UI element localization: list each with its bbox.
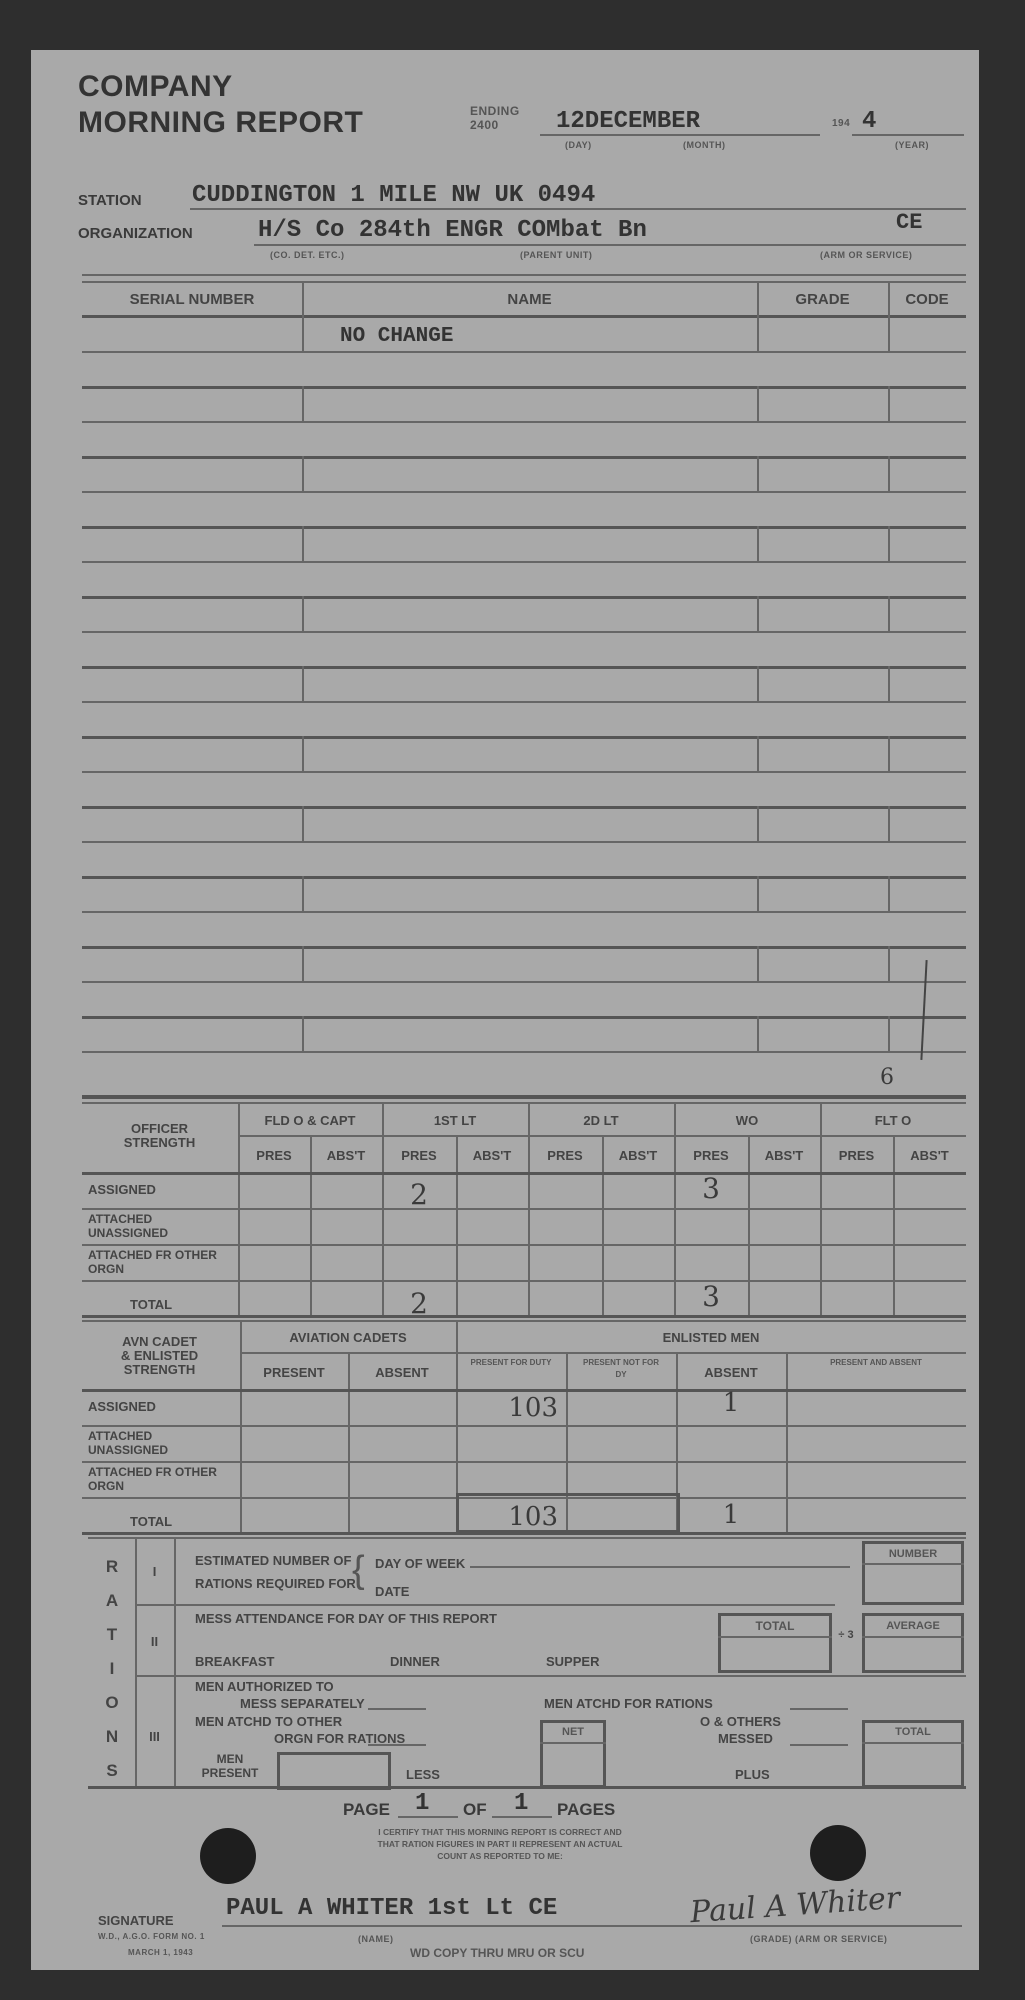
number-box-label: NUMBER — [862, 1548, 964, 1560]
section-i: I — [135, 1565, 174, 1579]
sub-present-and-absent: PRESENT AND ABSENT — [820, 1357, 932, 1369]
rations-side-label: RATIONS — [100, 1550, 124, 1788]
year-caption: (YEAR) — [895, 140, 929, 150]
form-date: MARCH 1, 1943 — [128, 1948, 193, 1957]
sub-abst: ABS'T — [310, 1148, 382, 1163]
assigned-present-for-duty[interactable]: 103 — [456, 1393, 566, 1423]
total-wo-pres[interactable]: 3 — [674, 1280, 748, 1313]
sub-pres: PRES — [238, 1148, 310, 1163]
row-total: TOTAL — [130, 1298, 172, 1312]
form-number: W.D., A.G.O. FORM NO. 1 — [98, 1932, 205, 1941]
messed-field[interactable] — [790, 1744, 848, 1746]
brace: { — [352, 1550, 365, 1590]
date-value[interactable]: 12DECEMBER — [556, 108, 700, 135]
section-iii: III — [135, 1730, 174, 1744]
organization-label: ORGANIZATION — [78, 225, 193, 242]
page-value[interactable]: 1 — [415, 1790, 429, 1817]
pages-value[interactable]: 1 — [514, 1790, 528, 1817]
sub-present-for-duty: PRESENT FOR DUTY — [470, 1357, 552, 1369]
breakfast-label: BREAKFAST — [195, 1655, 274, 1669]
station-label: STATION — [78, 192, 142, 209]
men-present-box[interactable] — [277, 1752, 391, 1790]
org-caption-parent: (PARENT UNIT) — [520, 250, 592, 260]
total-box-2-label: TOTAL — [862, 1726, 964, 1738]
group-flt-o: FLT O — [820, 1113, 966, 1128]
name-caption: (NAME) — [358, 1934, 394, 1944]
copy-note: WD COPY THRU MRU OR SCU — [410, 1946, 584, 1960]
average-box-label: AVERAGE — [862, 1620, 964, 1632]
col-grade: GRADE — [757, 291, 888, 308]
group-2d-lt: 2D LT — [528, 1113, 674, 1128]
certification-text: I CERTIFY THAT THIS MORNING REPORT IS CO… — [300, 1826, 700, 1862]
group-wo: WO — [674, 1113, 820, 1128]
total-1st-lt-pres[interactable]: 2 — [382, 1287, 456, 1320]
date-label: DATE — [375, 1585, 409, 1599]
roster-row-name[interactable]: NO CHANGE — [340, 325, 453, 348]
group-aviation-cadets: AVIATION CADETS — [240, 1330, 456, 1345]
sub-cadets-absent: ABSENT — [348, 1365, 456, 1380]
station-value[interactable]: CUDDINGTON 1 MILE NW UK 0494 — [192, 182, 595, 209]
section-ii: II — [135, 1635, 174, 1649]
row-total: TOTAL — [130, 1515, 172, 1529]
org-caption-arm: (ARM OR SERVICE) — [820, 250, 912, 260]
signature-typed[interactable]: PAUL A WHITER 1st Lt CE — [226, 1895, 557, 1922]
plus-label: PLUS — [735, 1768, 770, 1782]
total-box-label: TOTAL — [718, 1620, 832, 1632]
form-title-morning-report: MORNING REPORT — [78, 106, 363, 140]
net-box-label: NET — [540, 1726, 606, 1738]
men-atchd-rations-field[interactable] — [790, 1708, 848, 1710]
sub-abst: ABS'T — [748, 1148, 820, 1163]
sub-enlisted-absent: ABSENT — [676, 1365, 786, 1380]
dinner-label: DINNER — [390, 1655, 440, 1669]
row-attached-fr-other: ATTACHED FR OTHER ORGN — [88, 1248, 218, 1276]
row-attached-unassigned: ATTACHED UNASSIGNED — [88, 1429, 218, 1457]
day-of-week-label: DAY OF WEEK — [375, 1557, 465, 1571]
page-label: PAGE — [343, 1800, 390, 1820]
month-caption: (MONTH) — [683, 140, 726, 150]
assigned-wo-pres[interactable]: 3 — [674, 1172, 748, 1205]
col-serial-number: SERIAL NUMBER — [82, 291, 302, 308]
organization-value[interactable]: H/S Co 284th ENGR COMbat Bn — [258, 217, 647, 244]
assigned-1st-lt-pres[interactable]: 2 — [382, 1178, 456, 1211]
sub-cadets-present: PRESENT — [240, 1365, 348, 1380]
year-value[interactable]: 4 — [862, 108, 876, 135]
year-prefix: 194 — [832, 118, 850, 129]
men-atchd-rations-label: MEN ATCHD FOR RATIONS — [544, 1697, 713, 1711]
col-code: CODE — [888, 291, 966, 308]
org-caption-co: (CO. DET. ETC.) — [270, 250, 345, 260]
ending-label: ENDING — [470, 104, 520, 118]
form-title-company: COMPANY — [78, 70, 233, 104]
group-fld-o-capt: FLD O & CAPT — [238, 1113, 382, 1128]
mess-attendance-label: MESS ATTENDANCE FOR DAY OF THIS REPORT — [195, 1612, 497, 1626]
assigned-enlisted-absent[interactable]: 1 — [676, 1388, 786, 1418]
enlisted-strength-title: AVN CADET& ENLISTEDSTRENGTH — [82, 1335, 237, 1377]
sub-pres: PRES — [382, 1148, 456, 1163]
day-of-week-field[interactable] — [470, 1566, 850, 1568]
mess-separately-label: MESS SEPARATELY — [240, 1697, 365, 1711]
row-assigned: ASSIGNED — [88, 1400, 156, 1414]
margin-note: 6 — [880, 1065, 894, 1090]
men-atchd-other-label: MEN ATCHD TO OTHER — [195, 1715, 342, 1729]
day-caption: (DAY) — [565, 140, 592, 150]
binder-hole-right — [810, 1825, 866, 1881]
men-auth-label: MEN AUTHORIZED TO — [195, 1680, 334, 1694]
less-label: LESS — [406, 1768, 440, 1782]
ending-time: 2400 — [470, 118, 499, 132]
grade-caption: (GRADE) (ARM OR SERVICE) — [750, 1934, 887, 1944]
est-line2: RATIONS REQUIRED FOR — [195, 1577, 356, 1591]
group-enlisted-men: ENLISTED MEN — [456, 1330, 966, 1345]
row-attached-fr-other: ATTACHED FR OTHER ORGN — [88, 1465, 218, 1493]
men-present-label: MENPRESENT — [190, 1752, 270, 1780]
binder-hole-left — [200, 1828, 256, 1884]
total-enlisted-absent[interactable]: 1 — [676, 1500, 786, 1530]
sub-abst: ABS'T — [893, 1148, 966, 1163]
o-others-label: O & OTHERS — [700, 1715, 781, 1729]
sub-pres: PRES — [528, 1148, 602, 1163]
arm-service-value[interactable]: CE — [896, 210, 922, 235]
group-1st-lt: 1ST LT — [382, 1113, 528, 1128]
divide-by-3: ÷ 3 — [836, 1628, 856, 1642]
messed-label: MESSED — [718, 1732, 773, 1746]
pages-label: PAGES — [557, 1800, 615, 1820]
sub-abst: ABS'T — [456, 1148, 528, 1163]
signature-label: SIGNATURE — [98, 1914, 174, 1928]
sub-pres: PRES — [820, 1148, 893, 1163]
row-attached-unassigned: ATTACHED UNASSIGNED — [88, 1212, 218, 1240]
officer-strength-title: OFFICERSTRENGTH — [82, 1122, 237, 1150]
mess-separately-field[interactable] — [368, 1708, 426, 1710]
total-present-for-duty[interactable]: 103 — [456, 1502, 566, 1532]
row-assigned: ASSIGNED — [88, 1183, 156, 1197]
sub-abst: ABS'T — [602, 1148, 674, 1163]
supper-label: SUPPER — [546, 1655, 599, 1669]
sub-present-not-for-duty: PRESENT NOT FOR DY — [580, 1357, 662, 1381]
col-name: NAME — [302, 291, 757, 308]
est-line1: ESTIMATED NUMBER OF — [195, 1554, 351, 1568]
sub-pres: PRES — [674, 1148, 748, 1163]
of-label: OF — [463, 1800, 487, 1820]
orgn-for-rations-field[interactable] — [368, 1744, 426, 1746]
